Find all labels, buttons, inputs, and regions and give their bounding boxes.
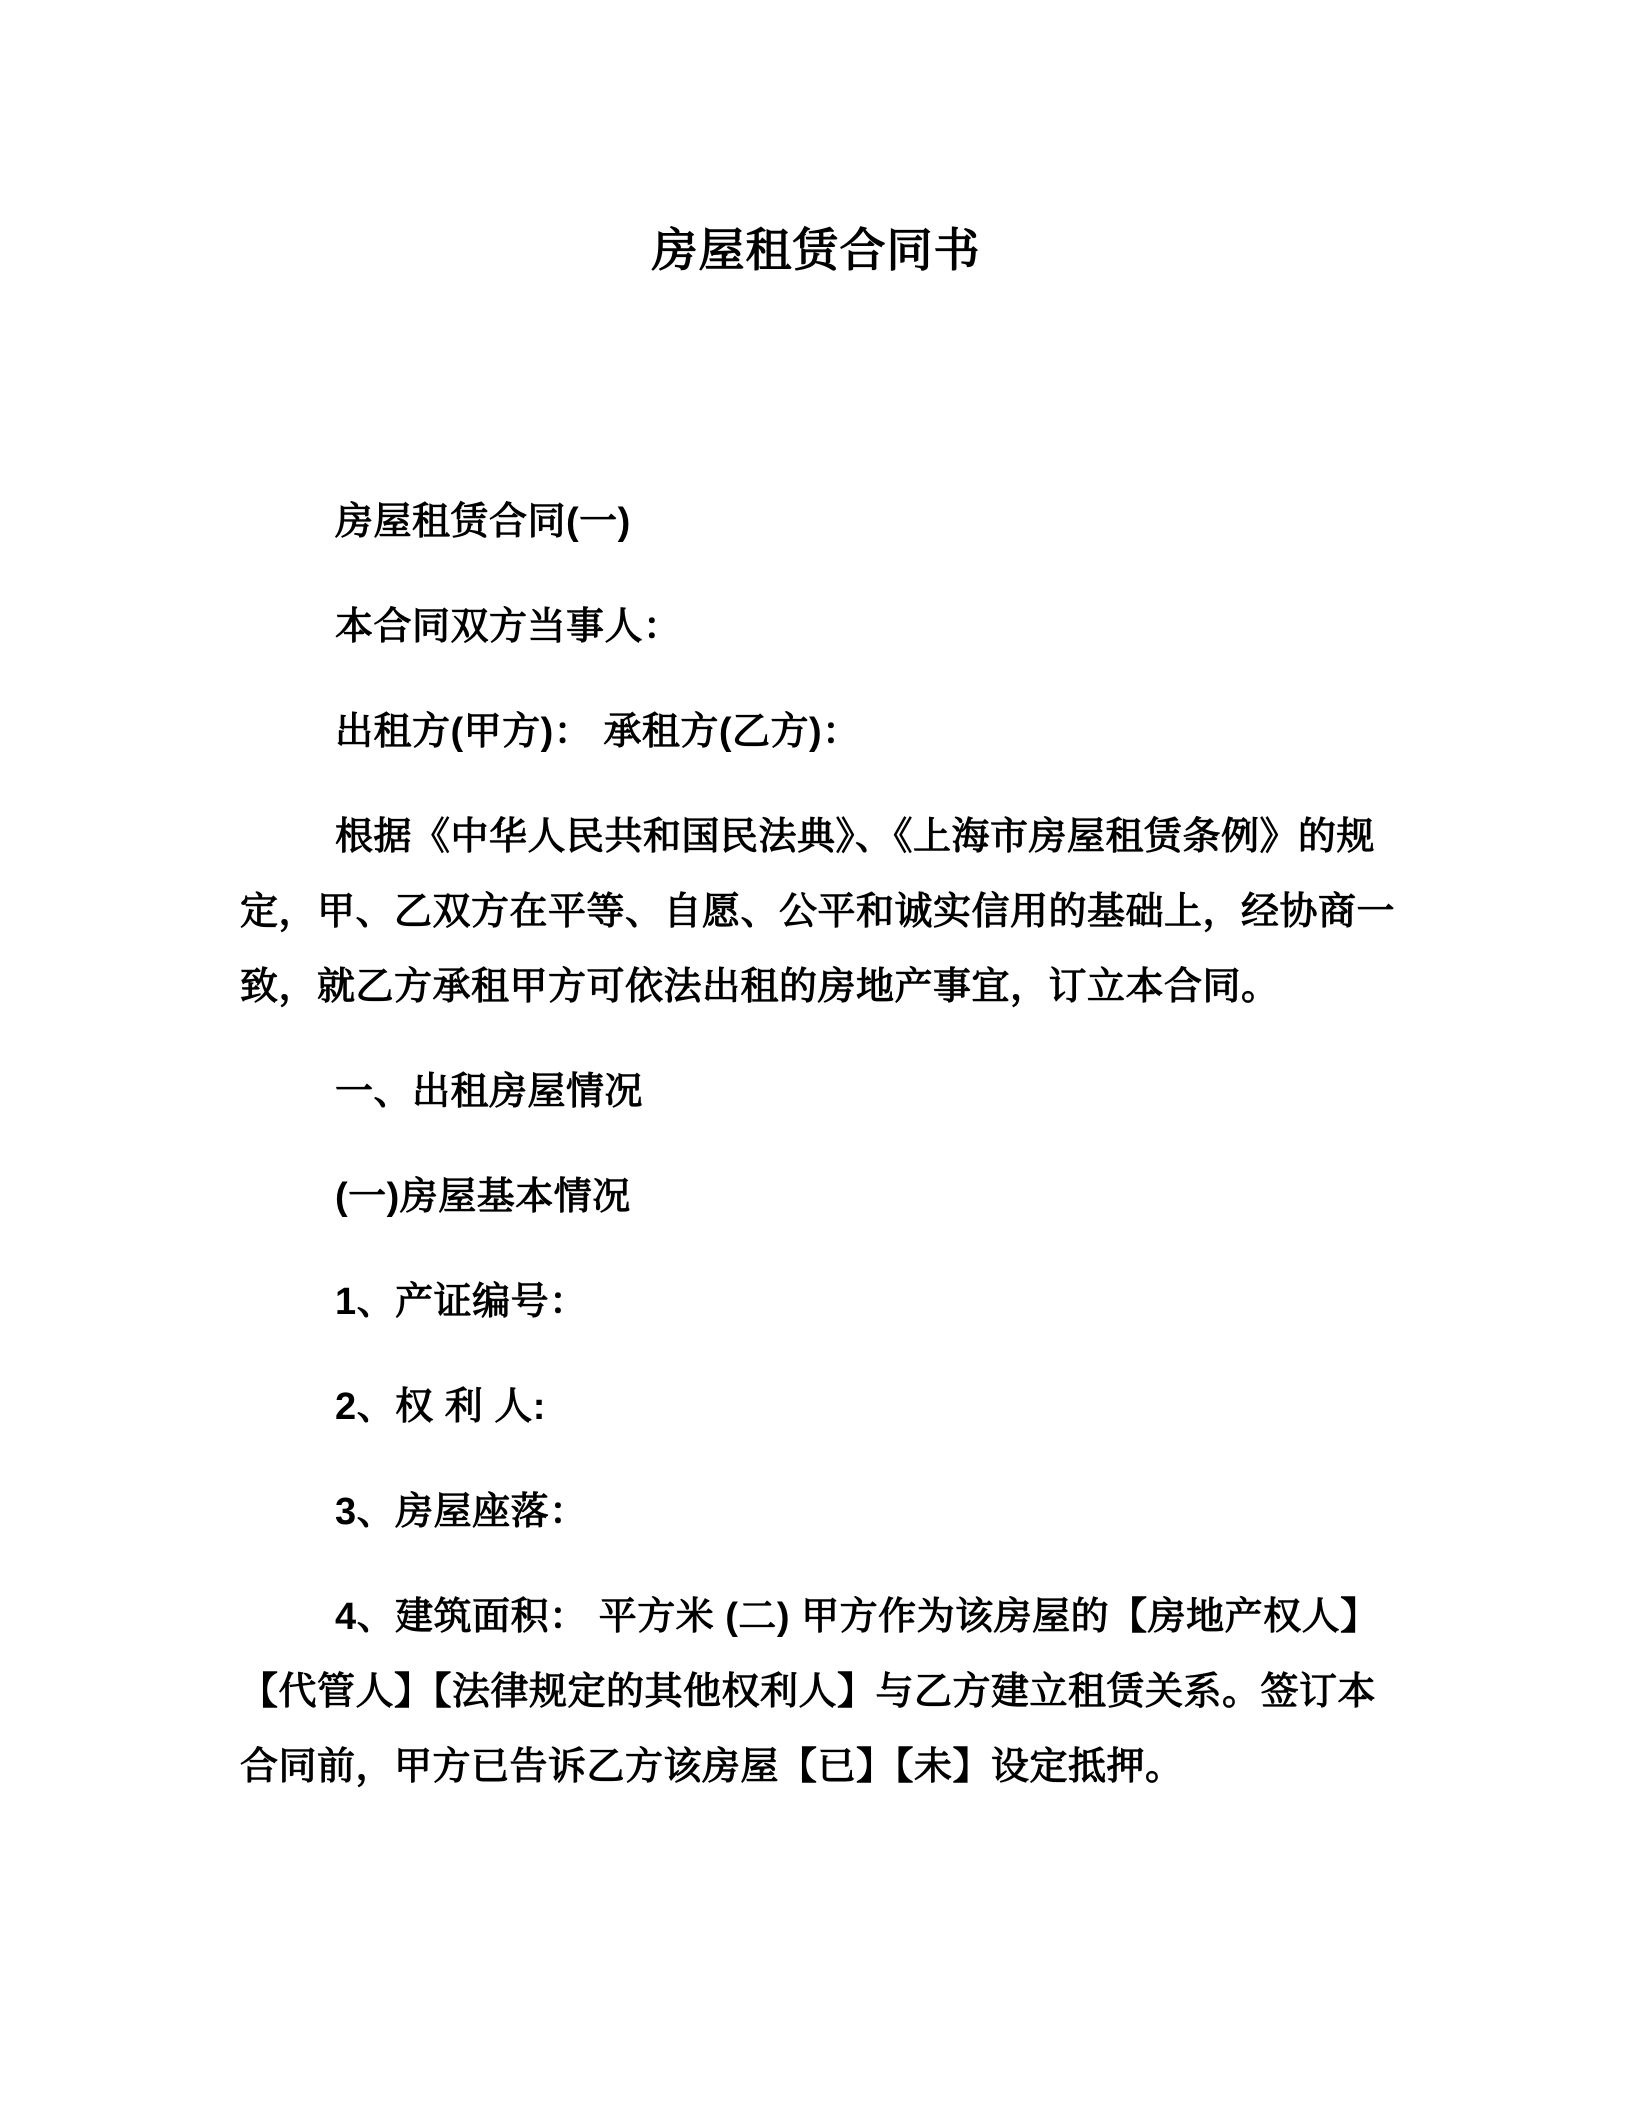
paragraph: (一)房屋基本情况 (240, 1160, 1437, 1235)
paragraph: 2、权 利 人: (240, 1370, 1437, 1445)
paragraph: 一、出租房屋情况 (240, 1055, 1437, 1130)
paragraph: 本合同双方当事人： (240, 590, 1437, 665)
paragraph: 出租方(甲方)： 承租方(乙方)： (240, 695, 1437, 770)
document-title: 房屋租赁合同书 (0, 212, 1632, 288)
paragraph: 4、建筑面积： 平方米 (二) 甲方作为该房屋的【房地产权人】 【代管人】【法律… (240, 1580, 1437, 1805)
paragraph: 3、房屋座落： (240, 1475, 1437, 1550)
paragraph: 1、产证编号： (240, 1265, 1437, 1340)
paragraph: 根据《中华人民共和国民法典》、《上海市房屋租赁条例》的规 定，甲、乙双方在平等、… (240, 800, 1437, 1025)
paragraph: 房屋租赁合同(一) (240, 485, 1437, 560)
document-body: 房屋租赁合同(一)本合同双方当事人：出租方(甲方)： 承租方(乙方)：根据《中华… (0, 485, 1632, 1805)
document-page: 房屋租赁合同书 房屋租赁合同(一)本合同双方当事人：出租方(甲方)： 承租方(乙… (0, 0, 1632, 2112)
